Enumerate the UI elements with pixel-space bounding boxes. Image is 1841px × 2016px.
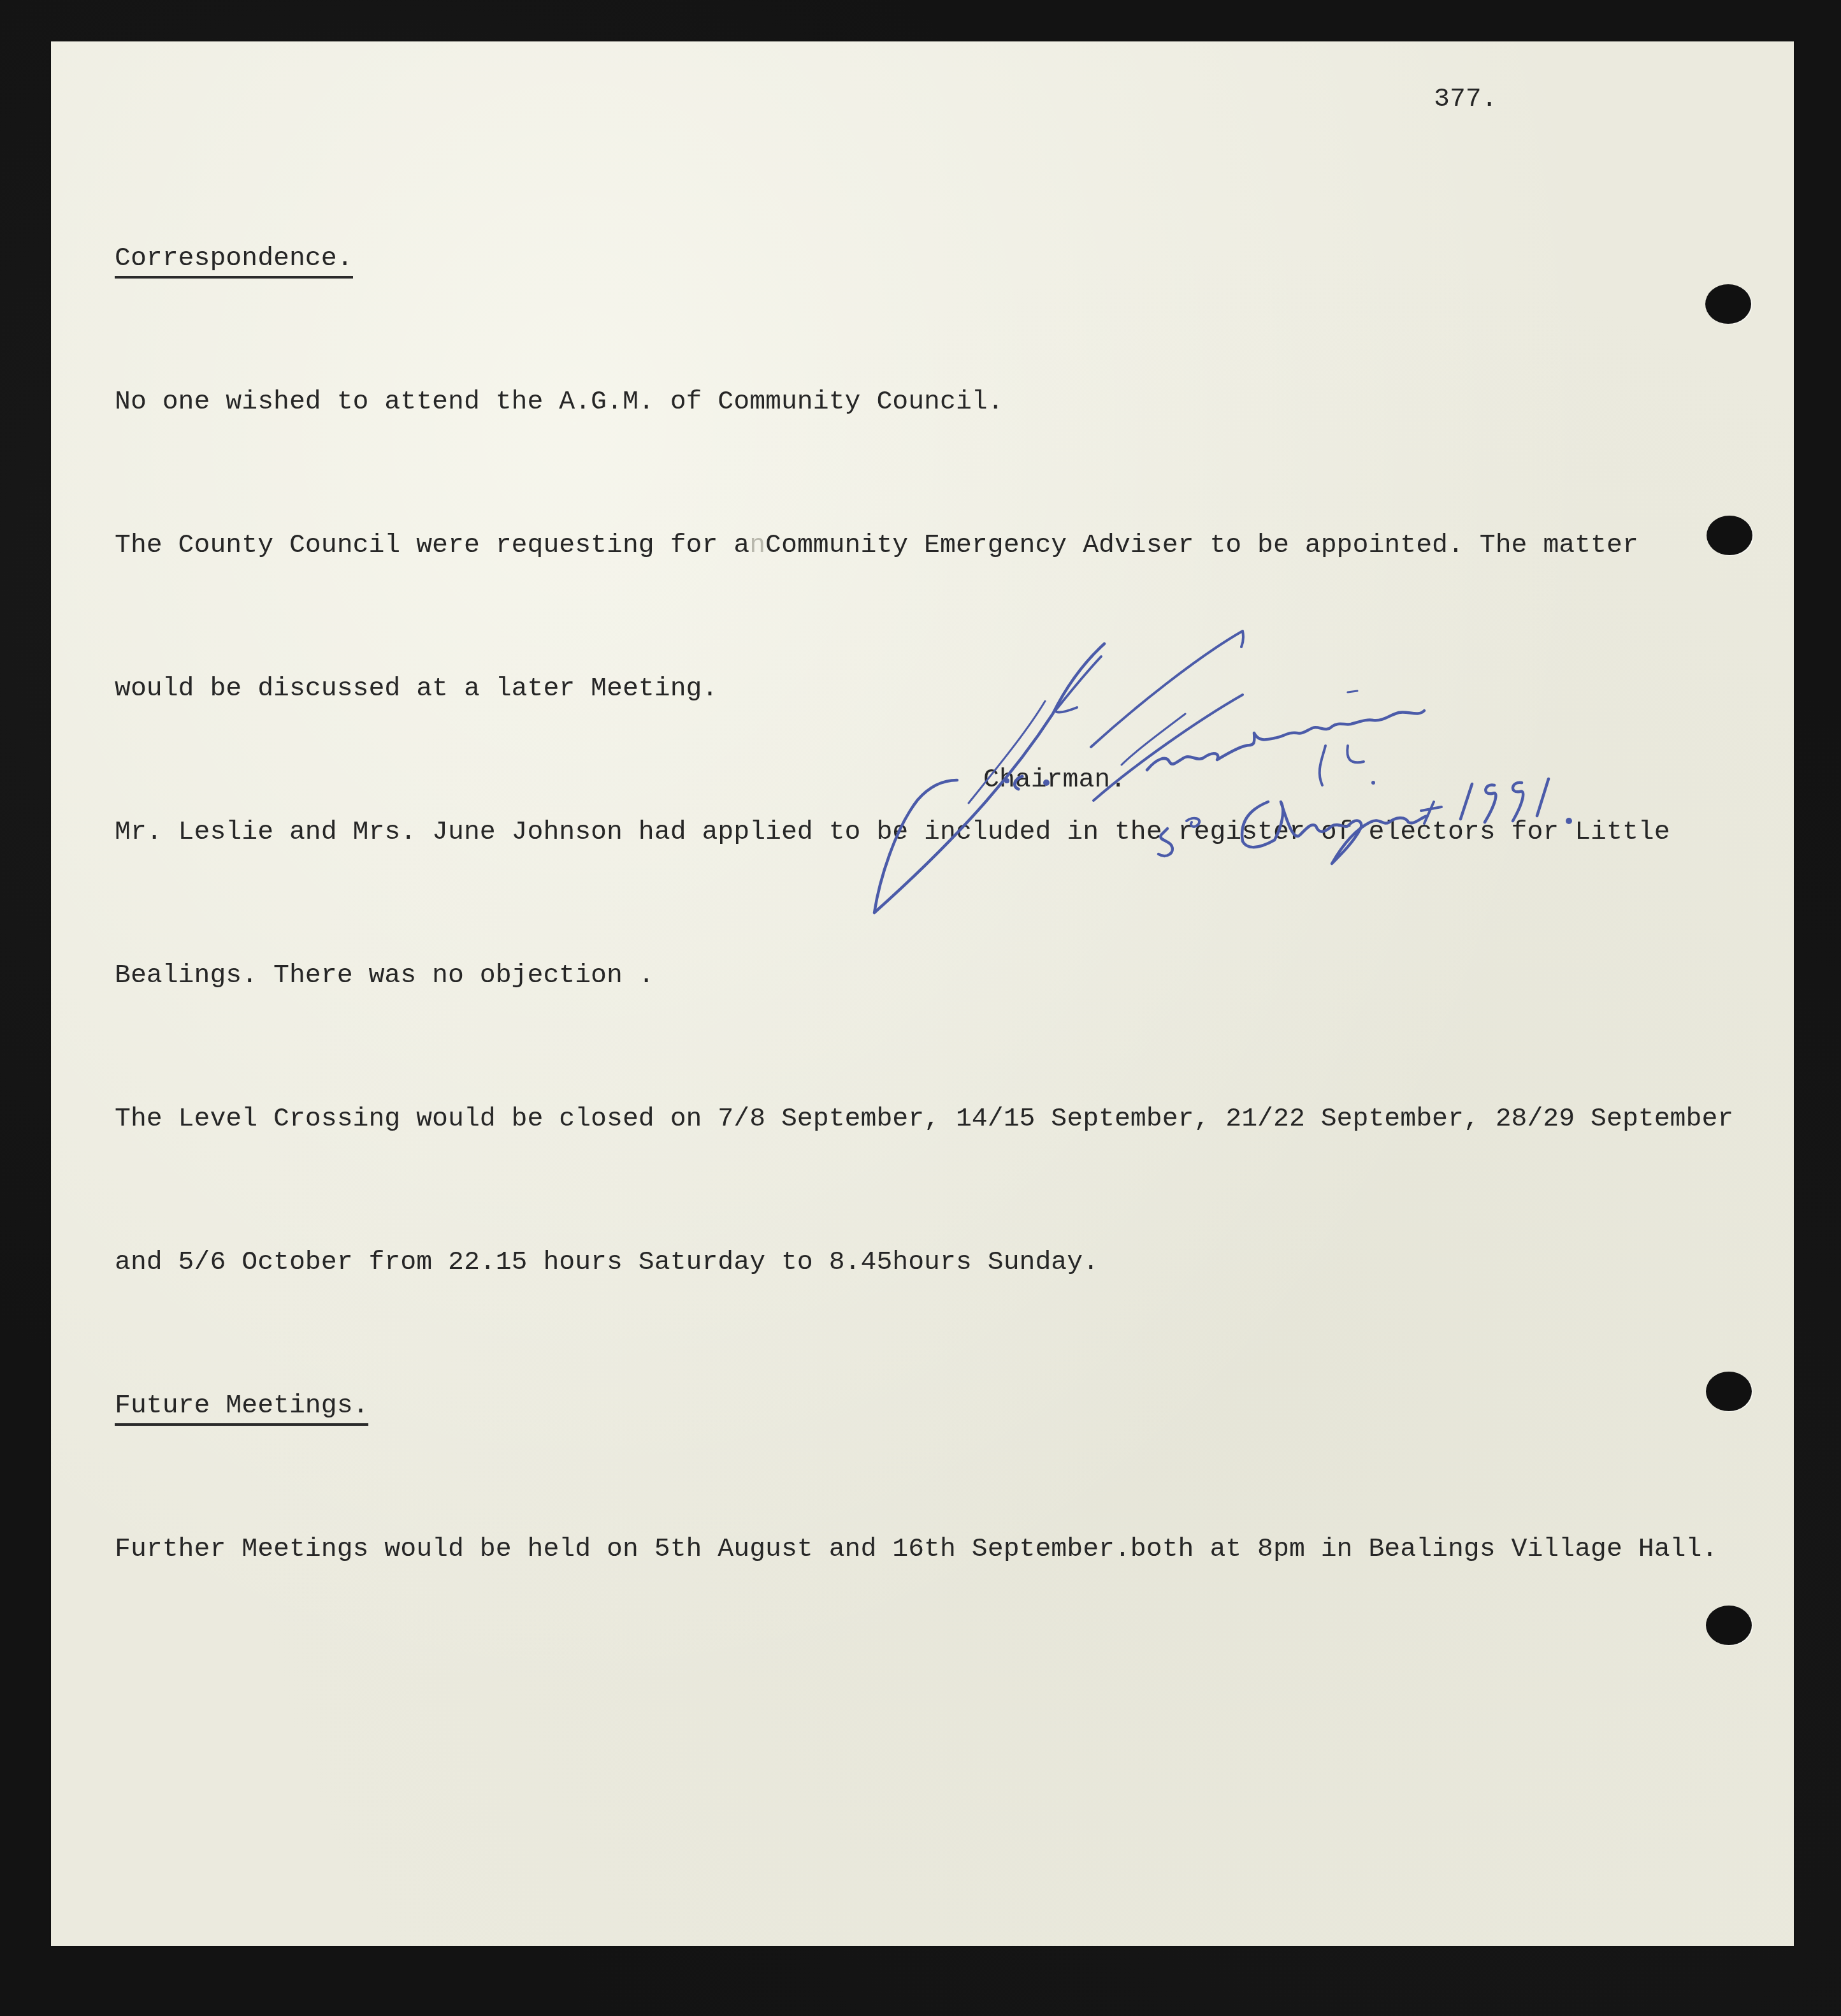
section-heading-correspondence: Correspondence. [115, 235, 1733, 282]
paragraph-line: Bealings. There was no objection . [115, 952, 1733, 999]
paragraph-line: No one wished to attend the A.G.M. of Co… [115, 378, 1733, 426]
heading-correspondence: Correspondence. [115, 243, 353, 279]
paragraph-line: and 5/6 October from 22.15 hours Saturda… [115, 1238, 1733, 1286]
line-text: Community Emergency Adviser to be appoin… [765, 530, 1638, 560]
minutes-body: Correspondence. No one wished to attend … [115, 139, 1733, 1621]
punch-hole [1707, 516, 1752, 555]
section-heading-future-meetings: Future Meetings. [115, 1382, 1733, 1430]
page-number: 377. [1434, 75, 1498, 123]
paragraph-line: Mr. Leslie and Mrs. June Johnson had app… [115, 808, 1733, 856]
punch-hole [1705, 284, 1751, 324]
paragraph-line: Further Meetings would be held on 5th Au… [115, 1525, 1733, 1573]
paragraph-line: The County Council were requesting for a… [115, 521, 1733, 569]
erased-character: n [749, 530, 765, 560]
paragraph-line: would be discussed at a later Meeting. [115, 665, 1733, 713]
chairman-label: Chairman. [983, 761, 1126, 799]
punch-hole [1706, 1372, 1752, 1411]
punch-hole [1706, 1606, 1752, 1645]
heading-future-meetings: Future Meetings. [115, 1390, 368, 1426]
paragraph-line: The Level Crossing would be closed on 7/… [115, 1095, 1733, 1143]
line-text: The County Council were requesting for a [115, 530, 749, 560]
